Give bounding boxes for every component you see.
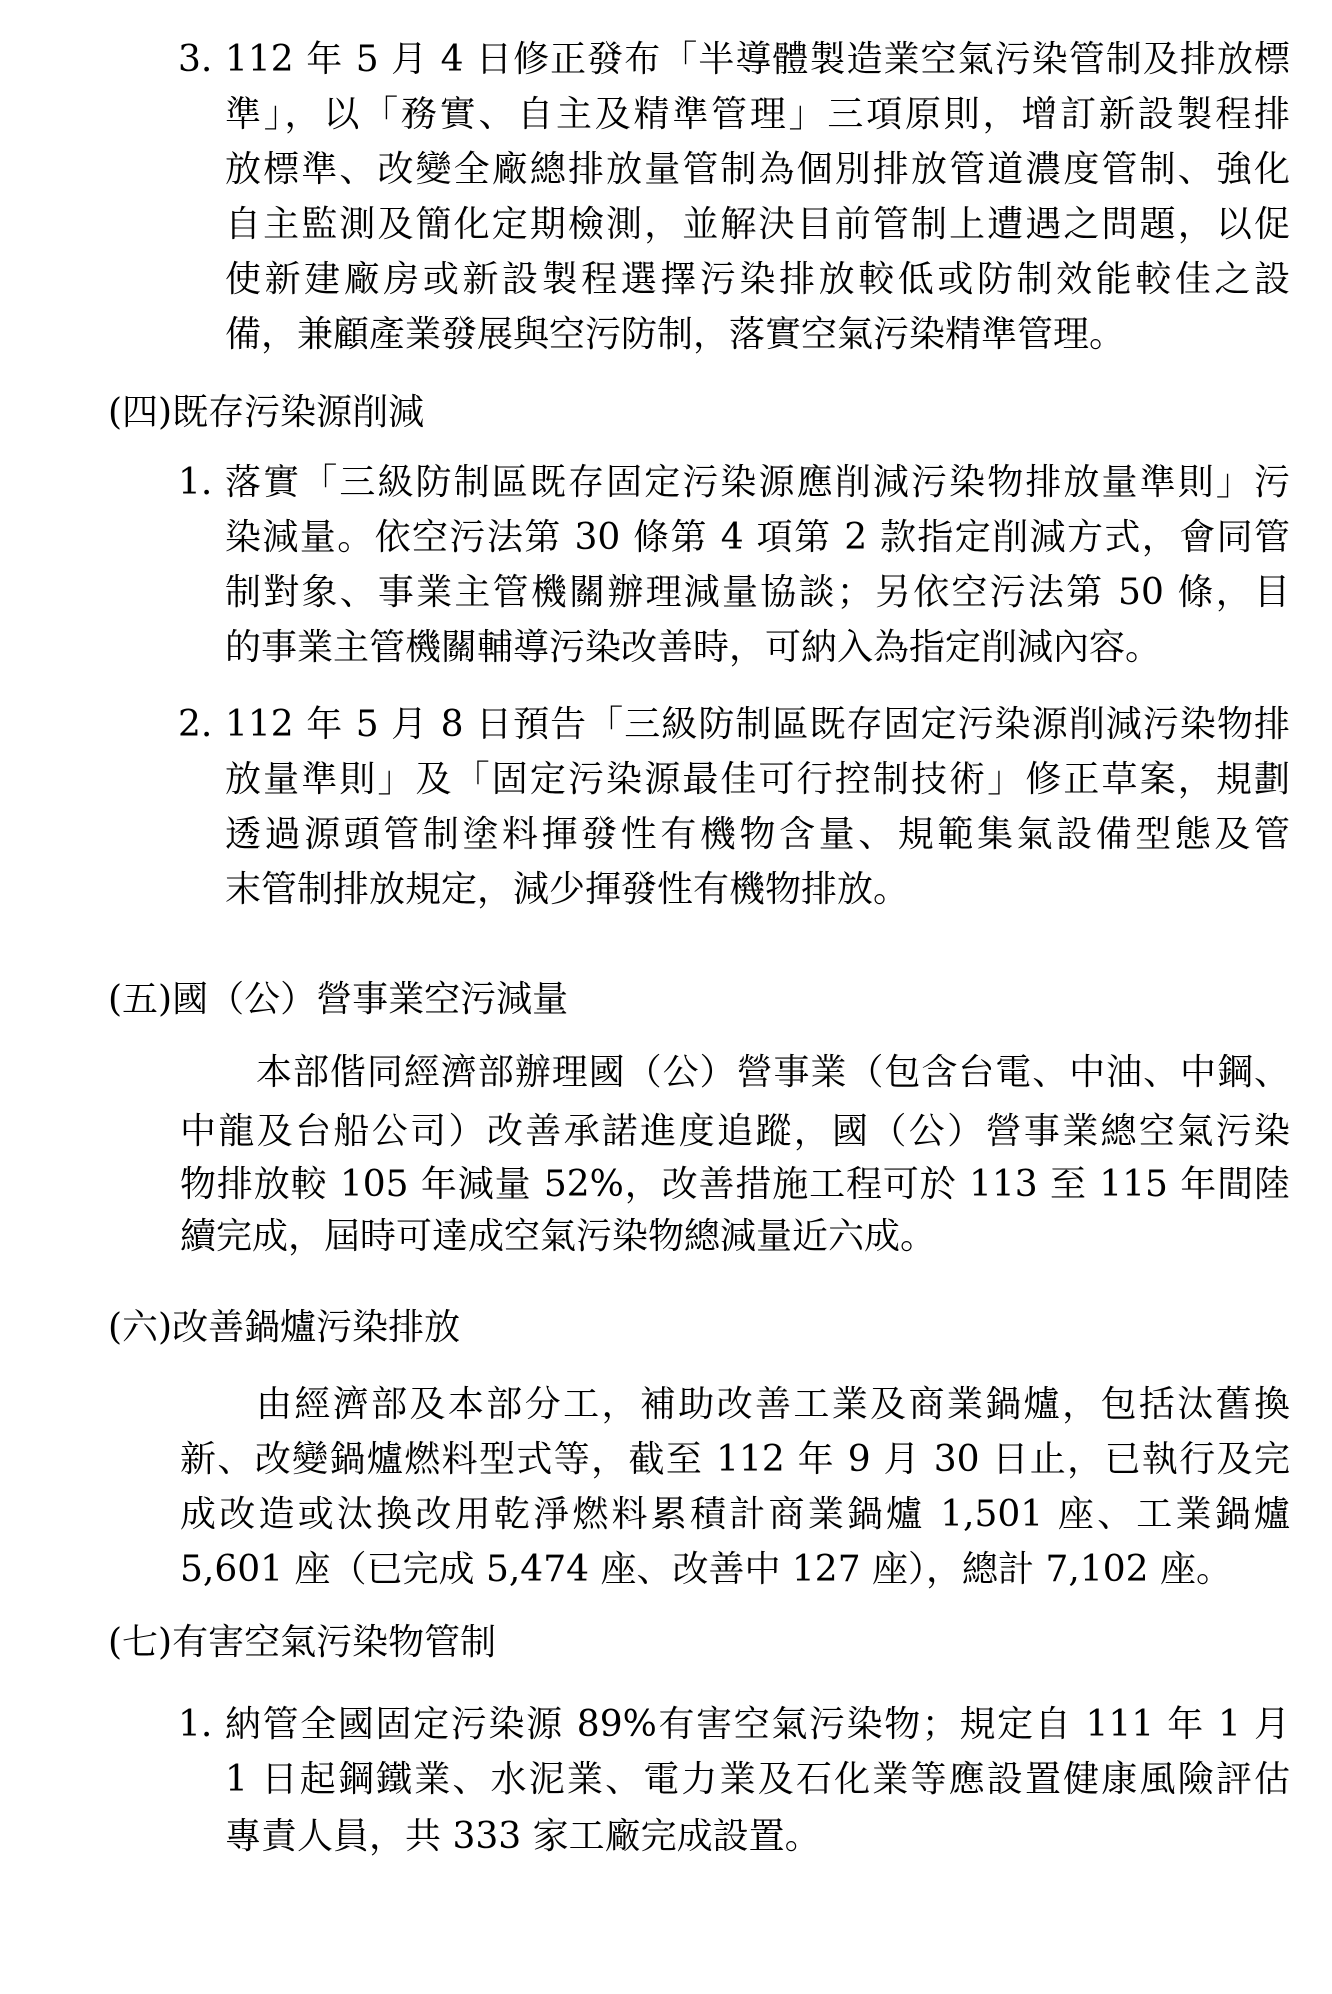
item-number: 1. [178,1701,212,1749]
section-heading: (五)國（公）營事業空污減量 [108,976,568,1024]
item-number: 2. [178,701,212,749]
paragraph-line: 新、改變鍋爐燃料型式等，截至 112 年 9 月 30 日止，已執行及完 [180,1436,1290,1484]
item-text-line: 1 日起鋼鐵業、水泥業、電力業及石化業等應設置健康風險評估 [225,1756,1290,1804]
item-text-line: 放量準則」及「固定污染源最佳可行控制技術」修正草案，規劃 [225,756,1290,804]
item-text-line: 落實「三級防制區既存固定污染源應削減污染物排放量準則」污 [225,459,1290,507]
item-text-line: 染減量。依空污法第 30 條第 4 項第 2 款指定削減方式，會同管 [225,514,1290,562]
paragraph-line: 5,601 座（已完成 5,474 座、改善中 127 座），總計 7,102 … [180,1546,1232,1594]
item-text-line: 放標準、改變全廠總排放量管制為個別排放管道濃度管制、強化 [225,146,1290,194]
paragraph-line: 本部偕同經濟部辦理國（公）營事業（包含台電、中油、中鋼、 [256,1049,1290,1097]
item-text-line: 專責人員，共 333 家工廠完成設置。 [225,1813,821,1861]
item-text-line: 備，兼顧產業發展與空污防制，落實空氣污染精準管理。 [225,311,1125,359]
item-text-line: 112 年 5 月 4 日修正發布「半導體製造業空氣污染管制及排放標 [225,36,1290,84]
item-text-line: 末管制排放規定，減少揮發性有機物排放。 [225,866,909,914]
item-number: 3. [178,36,212,84]
paragraph-line: 物排放較 105 年減量 52%，改善措施工程可於 113 至 115 年間陸 [180,1161,1290,1209]
paragraph-line: 中龍及台船公司）改善承諾進度追蹤，國（公）營事業總空氣污染 [180,1108,1290,1156]
item-text-line: 自主監測及簡化定期檢測，並解決目前管制上遭遇之問題，以促 [225,201,1290,249]
item-text-line: 納管全國固定污染源 89%有害空氣污染物；規定自 111 年 1 月 [225,1701,1290,1749]
paragraph-line: 成改造或汰換改用乾淨燃料累積計商業鍋爐 1,501 座、工業鍋爐 [180,1491,1290,1539]
document-page: 3. 112 年 5 月 4 日修正發布「半導體製造業空氣污染管制及排放標 準」… [0,0,1332,1994]
section-heading: (六)改善鍋爐污染排放 [108,1304,460,1352]
item-number: 1. [178,459,212,507]
paragraph-line: 由經濟部及本部分工，補助改善工業及商業鍋爐，包括汰舊換 [256,1381,1290,1429]
item-text-line: 112 年 5 月 8 日預告「三級防制區既存固定污染源削減污染物排 [225,701,1290,749]
item-text-line: 制對象、事業主管機關辦理減量協談；另依空污法第 50 條，目 [225,569,1290,617]
item-text-line: 使新建廠房或新設製程選擇污染排放較低或防制效能較佳之設 [225,256,1290,304]
section-heading: (四)既存污染源削減 [108,389,424,437]
item-text-line: 的事業主管機關輔導污染改善時，可納入為指定削減內容。 [225,624,1161,672]
paragraph-line: 續完成，屆時可達成空氣污染物總減量近六成。 [180,1213,936,1261]
item-text-line: 透過源頭管制塗料揮發性有機物含量、規範集氣設備型態及管 [225,811,1290,859]
item-text-line: 準」，以「務實、自主及精準管理」三項原則，增訂新設製程排 [225,91,1290,139]
section-heading: (七)有害空氣污染物管制 [108,1619,496,1667]
